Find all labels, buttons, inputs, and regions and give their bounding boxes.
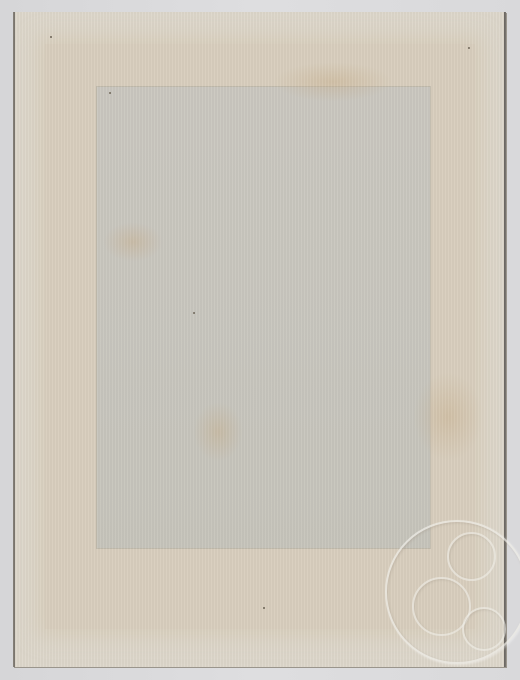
- plate-impression-area: [97, 87, 430, 548]
- blind-stamp-ring: [447, 532, 496, 581]
- paper-speck: [193, 312, 195, 314]
- paper-speck: [50, 36, 52, 38]
- paper-speck: [109, 92, 111, 94]
- blind-stamp-ring: [462, 607, 506, 651]
- paper-speck: [263, 607, 265, 609]
- foxing-stain: [193, 402, 243, 462]
- paper-speck: [468, 47, 470, 49]
- foxing-stain: [103, 222, 163, 262]
- foxing-stain: [273, 62, 393, 102]
- foxing-stain: [413, 372, 483, 462]
- blind-stamp-emblem: [385, 520, 520, 664]
